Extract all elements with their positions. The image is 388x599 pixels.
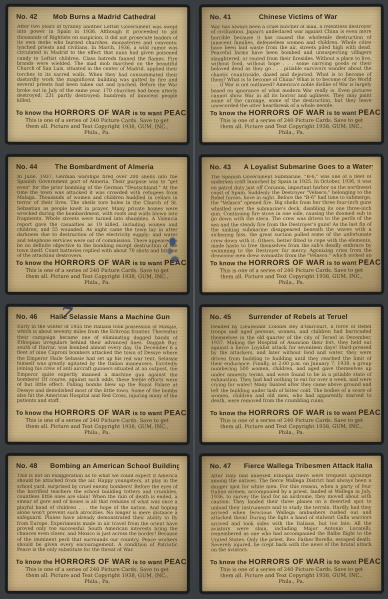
card-title: Haile Selassie Mans a Machine Gun	[50, 313, 179, 321]
card-title: The Bombardment of Almeria	[50, 164, 179, 172]
slogan-peace: PEACE	[358, 557, 382, 566]
card-header: No. 44 The Bombardment of Almeria	[16, 164, 179, 172]
card-body-text: Early in the winter of 1935 the Italians…	[17, 324, 178, 406]
card-header: No. 46 Haile Selassie Mans a Machine Gun	[16, 313, 179, 321]
slogan-peace: PEACE	[164, 108, 189, 117]
card: No. 48 Bombing an American School Buildi…	[6, 454, 189, 593]
card-header: No. 45 Surrender of Rebels at Teruel	[209, 313, 372, 321]
slogan-peace: PEACE	[164, 258, 188, 267]
series-copyright-text: This is one of a series of 240 Picture C…	[216, 269, 367, 287]
series-copyright-text: This is one of a series of 240 Picture C…	[22, 269, 173, 287]
card-footer: To know the HORRORS OF WAR is to want PE…	[210, 109, 373, 138]
card-number: No. 43	[209, 164, 243, 172]
card-number: No. 46	[16, 313, 50, 321]
card-header: No. 47 Fierce Wallega Tribesmen Attack I…	[209, 463, 372, 471]
peace-slogan: To know the HORRORS OF WAR is to want PE…	[16, 408, 179, 417]
card-footer: To know the HORRORS OF WAR is to want PE…	[16, 259, 179, 288]
series-copyright-text: This is one of a series of 240 Picture C…	[216, 119, 367, 137]
series-copyright-text: This is one of a series of 240 Picture C…	[216, 418, 367, 436]
card: No. 47 Fierce Wallega Tribesmen Attack I…	[199, 454, 382, 593]
card-footer: To know the HORRORS OF WAR is to want PE…	[210, 258, 373, 287]
card-body-text: The Spanish Government Submarine, "B-6,"…	[210, 174, 371, 257]
series-copyright-text: This is one of a series of 240 Picture C…	[22, 418, 173, 436]
slogan-mid: is to want	[326, 560, 356, 566]
slogan-mid: is to want	[133, 411, 163, 417]
card-title: Surrender of Rebels at Teruel	[243, 313, 372, 321]
slogan-peace: PEACE	[358, 407, 382, 416]
slogan-mid: is to want	[133, 261, 163, 267]
card-number: No. 47	[209, 463, 243, 471]
card-body-text: Headed by Lieutenant Colonel Rey d'Harco…	[210, 324, 371, 406]
slogan-mid: is to want	[133, 111, 163, 117]
series-copyright-text: This is one of a series of 240 Picture C…	[216, 568, 367, 586]
slogan-pre: To know the	[210, 411, 247, 417]
peace-slogan: To know the HORRORS OF WAR is to want PE…	[210, 258, 373, 268]
peace-slogan: To know the HORRORS OF WAR is to want PE…	[16, 259, 179, 268]
card: No. 41 Chinese Victims of War War has al…	[199, 5, 382, 144]
card: No. 44 The Bombardment of Almeria In Jun…	[6, 155, 189, 294]
peace-slogan: To know the HORRORS OF WAR is to want PE…	[210, 408, 373, 417]
slogan-pre: To know the	[16, 111, 53, 117]
card-body-text: After two years of tyranny another Lefti…	[17, 25, 178, 108]
slogan-peace: PEACE	[164, 408, 189, 417]
card-number: No. 42	[16, 14, 50, 22]
slogan-peace: PEACE	[358, 108, 382, 117]
card-body-text: War has always been a cruel butcher of m…	[210, 25, 371, 107]
card-title: Chinese Victims of War	[243, 14, 372, 22]
card-number: No. 45	[209, 314, 243, 322]
slogan-horrors-of-war: HORRORS OF WAR	[248, 557, 324, 566]
slogan-mid: is to want	[326, 261, 356, 267]
slogan-pre: To know the	[210, 560, 247, 566]
slogan-horrors-of-war: HORRORS OF WAR	[55, 557, 131, 566]
card-number: No. 44	[16, 164, 50, 172]
slogan-horrors-of-war: HORRORS OF WAR	[55, 258, 131, 267]
card-title: Mob Burns a Madrid Cathedral	[50, 14, 179, 22]
card: No. 42 Mob Burns a Madrid Cathedral Afte…	[6, 5, 189, 144]
slogan-pre: To know the	[210, 111, 247, 117]
slogan-pre: To know the	[16, 261, 53, 267]
card-number: No. 41	[209, 14, 243, 22]
peace-slogan: To know the HORRORS OF WAR is to want PE…	[210, 109, 373, 118]
series-copyright-text: This is one of a series of 240 Picture C…	[22, 119, 173, 137]
slogan-mid: is to want	[326, 410, 356, 416]
card-footer: To know the HORRORS OF WAR is to want PE…	[16, 558, 179, 587]
card: No. 43 A Loyalist Submarine Goes to a Wa…	[199, 154, 382, 293]
card-title: A Loyalist Submarine Goes to a Watery Gr…	[243, 163, 372, 171]
card-footer: To know the HORRORS OF WAR is to want PE…	[16, 408, 179, 437]
slogan-mid: is to want	[326, 111, 356, 117]
slogan-peace: PEACE	[164, 557, 188, 566]
slogan-horrors-of-war: HORRORS OF WAR	[54, 108, 130, 117]
series-copyright-text: This is one of a series of 240 Picture C…	[22, 568, 173, 586]
card-body-text: In June, 1937, German warships fired ove…	[17, 175, 178, 257]
slogan-horrors-of-war: HORRORS OF WAR	[248, 407, 324, 416]
card-header: No. 43 A Loyalist Submarine Goes to a Wa…	[209, 163, 372, 172]
card-footer: To know the HORRORS OF WAR is to want PE…	[16, 109, 179, 138]
card-number: No. 48	[16, 463, 50, 471]
card: 7 No. 46 Haile Selassie Mans a Machine G…	[6, 304, 189, 443]
card-scan-sheet: No. 42 Mob Burns a Madrid Cathedral Afte…	[0, 0, 388, 599]
card-body-text: This is not an exaggeration as to what w…	[17, 474, 178, 556]
slogan-horrors-of-war: HORRORS OF WAR	[248, 258, 324, 267]
card-body-text: After Italy had annexed Ethiopia there w…	[210, 474, 371, 556]
card-header: No. 42 Mob Burns a Madrid Cathedral	[16, 14, 179, 23]
card: No. 45 Surrender of Rebels at Teruel Hea…	[199, 304, 382, 443]
card-header: No. 48 Bombing an American School Buildi…	[16, 463, 179, 471]
slogan-pre: To know the	[16, 560, 53, 566]
slogan-horrors-of-war: HORRORS OF WAR	[55, 407, 131, 416]
slogan-peace: PEACE	[358, 257, 382, 266]
slogan-horrors-of-war: HORRORS OF WAR	[248, 108, 324, 117]
slogan-pre: To know the	[210, 261, 247, 267]
card-footer: To know the HORRORS OF WAR is to want PE…	[210, 408, 373, 437]
slogan-pre: To know the	[16, 410, 53, 416]
slogan-mid: is to want	[133, 560, 163, 566]
card-title: Bombing an American School Building	[50, 463, 179, 471]
card-header: No. 41 Chinese Victims of War	[209, 14, 372, 22]
card-title: Fierce Wallega Tribesmen Attack Italian …	[243, 463, 372, 471]
card-footer: To know the HORRORS OF WAR is to want PE…	[210, 558, 373, 587]
